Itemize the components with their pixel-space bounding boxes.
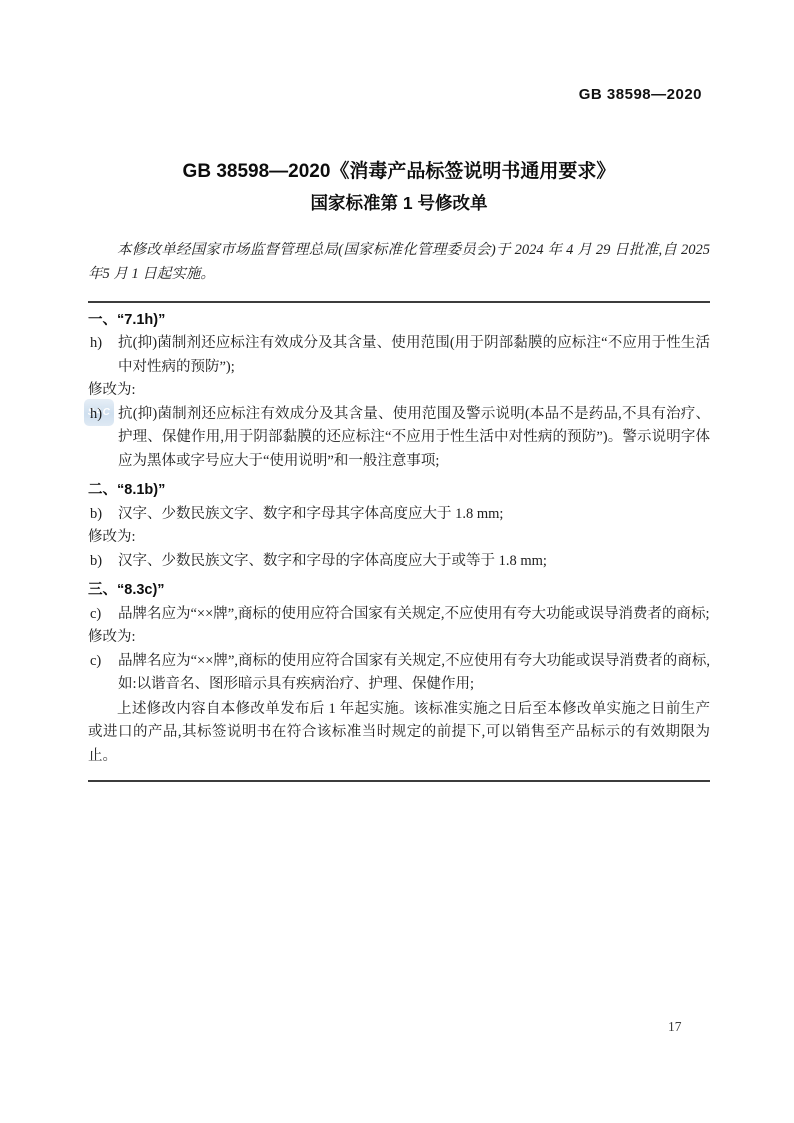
standard-code-header: GB 38598—2020 xyxy=(579,86,702,103)
amendment-lead: 修改为: xyxy=(88,526,710,550)
section-1: 一、“7.1h)” h) 抗(抑)菌制剂还应标注有效成分及其含量、使用范围(用于… xyxy=(88,309,710,474)
amendment-lead: 修改为: xyxy=(88,626,710,650)
amendment-title-line2: 国家标准第 1 号修改单 xyxy=(88,190,710,216)
item-label: h) xyxy=(90,403,102,427)
item-label: c) xyxy=(90,603,101,627)
document-title-line1: GB 38598—2020《消毒产品标签说明书通用要求》 xyxy=(88,158,710,186)
clause-item: h) 抗(抑)菌制剂还应标注有效成分及其含量、使用范围及警示说明(本品不是药品,… xyxy=(88,403,710,474)
clause-item: c) 品牌名应为“××牌”,商标的使用应符合国家有关规定,不应使用有夸大功能或误… xyxy=(88,650,710,697)
item-label: c) xyxy=(90,650,101,674)
item-label: h) xyxy=(90,332,102,356)
closing-paragraph: 上述修改内容自本修改单发布后 1 年起实施。该标准实施之日后至本修改单实施之日前… xyxy=(88,698,710,769)
clause-item: b) 汉字、少数民族文字、数字和字母其字体高度应大于 1.8 mm; xyxy=(88,503,710,527)
section-3: 三、“8.3c)” c) 品牌名应为“××牌”,商标的使用应符合国家有关规定,不… xyxy=(88,579,710,697)
bottom-divider-rule xyxy=(88,780,710,782)
clause-item: b) 汉字、少数民族文字、数字和字母的字体高度应大于或等于 1.8 mm; xyxy=(88,550,710,574)
item-text: 抗(抑)菌制剂还应标注有效成分及其含量、使用范围及警示说明(本品不是药品,不具有… xyxy=(118,406,710,469)
page-number: 17 xyxy=(668,1019,682,1035)
section-1-heading: 一、“7.1h)” xyxy=(88,309,710,333)
item-text: 品牌名应为“××牌”,商标的使用应符合国家有关规定,不应使用有夸大功能或误导消费… xyxy=(118,653,710,693)
clause-item: h) 抗(抑)菌制剂还应标注有效成分及其含量、使用范围(用于阴部黏膜的应标注“不… xyxy=(88,332,710,379)
item-label: b) xyxy=(90,503,102,527)
amendment-body: 一、“7.1h)” h) 抗(抑)菌制剂还应标注有效成分及其含量、使用范围(用于… xyxy=(88,309,710,769)
document-page: GB 38598—2020 SAC GB 38598—2020《消毒产品标签说明… xyxy=(0,0,794,1123)
item-text: 抗(抑)菌制剂还应标注有效成分及其含量、使用范围(用于阴部黏膜的应标注“不应用于… xyxy=(118,335,710,375)
item-label: b) xyxy=(90,550,102,574)
clause-item: c) 品牌名应为“××牌”,商标的使用应符合国家有关规定,不应使用有夸大功能或误… xyxy=(88,603,710,627)
item-text: 品牌名应为“××牌”,商标的使用应符合国家有关规定,不应使用有夸大功能或误导消费… xyxy=(118,606,710,622)
item-text: 汉字、少数民族文字、数字和字母其字体高度应大于 1.8 mm; xyxy=(118,506,503,522)
item-text: 汉字、少数民族文字、数字和字母的字体高度应大于或等于 1.8 mm; xyxy=(118,553,547,569)
section-3-heading: 三、“8.3c)” xyxy=(88,579,710,603)
amendment-lead: 修改为: xyxy=(88,379,710,403)
section-2: 二、“8.1b)” b) 汉字、少数民族文字、数字和字母其字体高度应大于 1.8… xyxy=(88,479,710,573)
document-title: GB 38598—2020《消毒产品标签说明书通用要求》 国家标准第 1 号修改… xyxy=(88,158,710,216)
approval-paragraph: 本修改单经国家市场监督管理总局(国家标准化管理委员会)于 2024 年 4 月 … xyxy=(88,239,710,286)
top-divider-rule xyxy=(88,301,710,303)
section-2-heading: 二、“8.1b)” xyxy=(88,479,710,503)
page-content: GB 38598—2020《消毒产品标签说明书通用要求》 国家标准第 1 号修改… xyxy=(88,158,710,782)
